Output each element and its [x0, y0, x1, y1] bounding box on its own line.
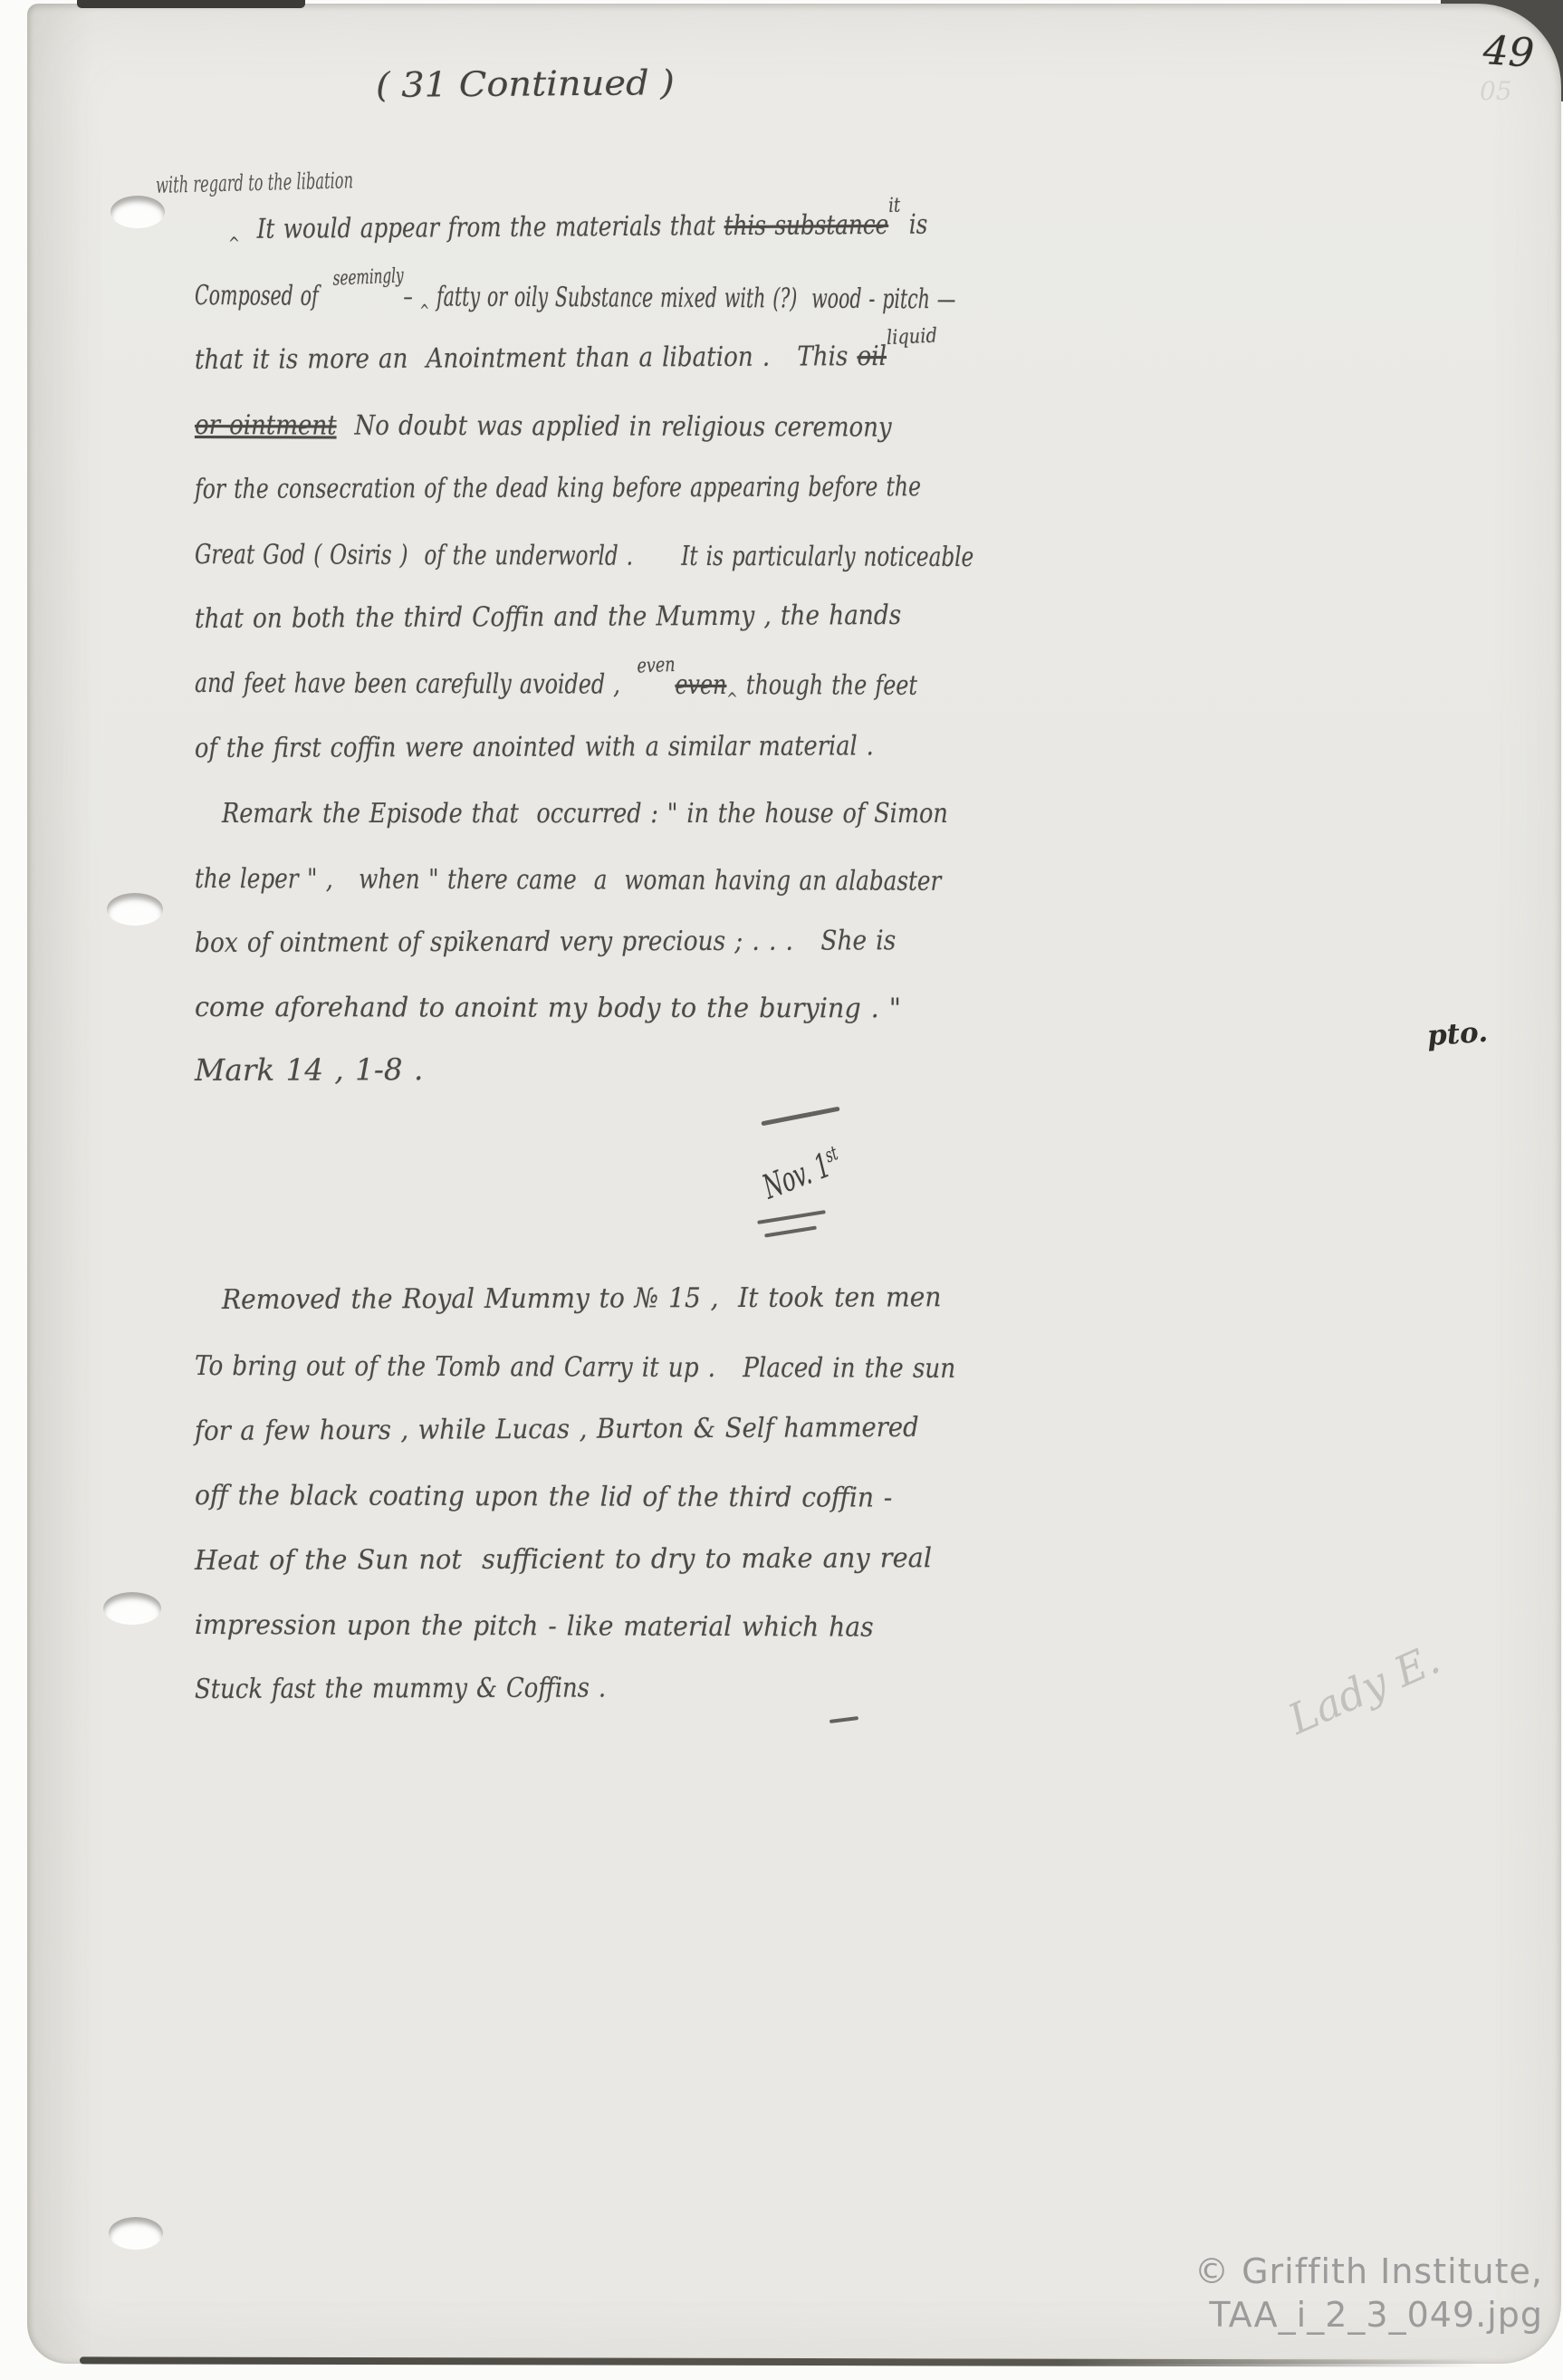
handwritten-line: Stuck fast the mummy & Coffins . [195, 1668, 606, 1710]
punch-hole [109, 2217, 163, 2250]
entry-heading: ( 31 Continued ) [376, 62, 675, 105]
handwritten-text: impression upon the pitch - like materia… [195, 1609, 874, 1644]
handwritten-text: fatty or oily Substance mixed with (?) w… [429, 281, 955, 315]
handwritten-line: impression upon the pitch - like materia… [195, 1606, 874, 1648]
handwritten-line: or ointment No doubt was applied in reli… [195, 406, 892, 448]
page-number: 49 [1481, 27, 1535, 77]
handwritten-text: box of ointment of spikenard very precio… [195, 925, 896, 959]
handwritten-text: To bring out of the Tomb and Carry it up… [195, 1350, 955, 1385]
caret-mark: ^ [228, 225, 240, 264]
faint-signature-note: Lady E. [1281, 1634, 1447, 1743]
caret-mark: ^ [419, 292, 429, 331]
handwritten-text: of the first coffin were anointed with a… [195, 730, 874, 764]
handwritten-line: of the first coffin were anointed with a… [195, 726, 874, 769]
handwritten-text: is [900, 209, 927, 241]
handwritten-text: the leper " , when " there came a woman … [195, 863, 941, 897]
watermark-line: TAA_i_2_3_049.jpg [1194, 2293, 1543, 2337]
date-heading-text: Nov. 1 [758, 1146, 836, 1206]
handwritten-text: that on both the third Coffin and the Mu… [195, 600, 901, 635]
handwritten-line: come aforehand to anoint my body to the … [195, 988, 901, 1029]
handwritten-line: Heat of the Sun not sufficient to dry to… [195, 1539, 932, 1581]
copyright-watermark: © Griffith Institute, TAA_i_2_3_049.jpg [1194, 2250, 1543, 2337]
handwritten-line: for the consecration of the dead king be… [195, 467, 921, 510]
punch-hole [107, 893, 163, 926]
handwritten-text: Mark 14 , 1-8 . [195, 1051, 423, 1088]
handwritten-text: come aforehand to anoint my body to the … [195, 992, 901, 1024]
handwritten-line: for a few hours , while Lucas , Burton &… [195, 1408, 919, 1452]
handwritten-text: off the black coating upon the lid of th… [195, 1480, 892, 1514]
handwritten-text: Heat of the Sun not sufficient to dry to… [195, 1542, 932, 1577]
struck-text: or ointment [195, 409, 337, 442]
handwritten-line: that it is more an Anointment than a lib… [195, 337, 937, 382]
caret-mark: ^ [726, 680, 738, 720]
handwritten-line: ^ It would appear from the materials tha… [228, 206, 928, 254]
handwritten-text: Composed of [195, 280, 333, 312]
punch-hole [103, 1592, 161, 1625]
inserted-text: even [637, 645, 676, 686]
handwritten-line: Remark the Episode that occurred : " in … [222, 794, 948, 834]
handwritten-text: though the feet [738, 669, 917, 702]
handwritten-text: Great God ( Osiris ) of the underworld .… [195, 539, 973, 573]
handwritten-line: To bring out of the Tomb and Carry it up… [195, 1347, 955, 1389]
handwritten-text: and feet have been carefully avoided , [195, 667, 637, 701]
watermark-line: © Griffith Institute, [1194, 2250, 1543, 2293]
handwritten-line: Composed of seemingly– ^ fatty or oily S… [195, 276, 956, 323]
closing-dash-mark [829, 1716, 858, 1723]
handwritten-line: box of ointment of spikenard very precio… [195, 921, 896, 964]
handwritten-text: Remark the Episode that occurred : " in … [222, 798, 948, 830]
handwritten-line: Great God ( Osiris ) of the underworld .… [195, 535, 973, 578]
handwritten-line: and feet have been carefully avoided , e… [195, 664, 917, 710]
handwritten-line: that on both the third Coffin and the Mu… [195, 596, 901, 639]
handwritten-line: the leper " , when " there came a woman … [195, 859, 942, 902]
erased-page-number: 05 [1480, 76, 1512, 106]
please-turn-over-note: pto. [1426, 1016, 1489, 1053]
handwritten-text: for a few hours , while Lucas , Burton &… [195, 1412, 919, 1447]
handwritten-text: – [403, 281, 419, 312]
handwritten-text: that it is more an Anointment than a lib… [195, 341, 858, 376]
inserted-text: it [887, 186, 901, 226]
struck-text: this substance [724, 209, 888, 242]
handwritten-text: Removed the Royal Mummy to № 15 , It too… [222, 1281, 942, 1316]
date-heading-nov-1st: Nov. 1st [705, 1105, 860, 1257]
punch-hole [110, 196, 165, 228]
handwritten-text: Stuck fast the mummy & Coffins . [195, 1672, 606, 1705]
scanner-background-top-strip [77, 0, 305, 8]
inserted-text: seemingly [332, 255, 404, 299]
notebook-page: 49 05 ( 31 Continued ) with regard to th… [27, 4, 1561, 2364]
margin-annotation: with regard to the libation [156, 167, 354, 198]
handwritten-line: Removed the Royal Mummy to № 15 , It too… [222, 1278, 942, 1320]
handwritten-text: for the consecration of the dead king be… [195, 471, 921, 505]
inserted-text: liquid [886, 316, 937, 358]
handwritten-line: off the black coating upon the lid of th… [195, 1476, 892, 1519]
struck-text: oil [857, 341, 887, 372]
struck-text: even [675, 669, 726, 701]
scanned-diary-page: 49 05 ( 31 Continued ) with regard to th… [0, 0, 1563, 2380]
handwritten-line: Mark 14 , 1-8 . [195, 1050, 423, 1090]
handwritten-text: It would appear from the materials that [240, 210, 724, 245]
handwritten-text: No doubt was applied in religious ceremo… [337, 410, 892, 444]
